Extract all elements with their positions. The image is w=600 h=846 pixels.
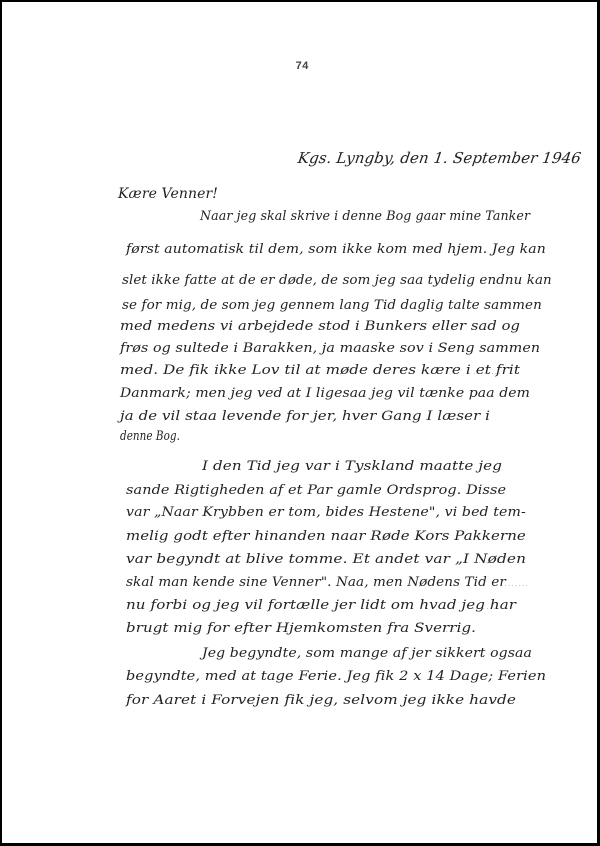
letter-line: I den Tid jeg var i Tyskland maatte jeg (202, 460, 464, 473)
letter-line: med medens vi arbejdede stod i Bunkers e… (120, 320, 480, 333)
letter-line: brugt mig for efter Hjemkomsten fra Sver… (126, 622, 467, 635)
letter-line: for Aaret i Forvejen fik jeg, selvom jeg… (126, 694, 496, 707)
letter-line: skal man kende sine Venner". Naa, men Nø… (126, 576, 529, 589)
letter-line: Naar jeg skal skrive i denne Bog gaar mi… (200, 210, 545, 223)
letter-line: ja de vil staa levende for jer, hver Gan… (120, 410, 447, 423)
document-page: 74 Kgs. Lyngby, den 1. September 1946 Kæ… (0, 0, 600, 846)
letter-line: Danmark; men jeg ved at I ligesaa jeg vi… (120, 387, 507, 400)
letter-line: nu forbi og jeg vil fortælle jer lidt om… (126, 599, 500, 612)
letter-dateline: Kgs. Lyngby, den 1. September 1946 (297, 149, 582, 167)
page-number: 74 (2, 61, 600, 73)
letter-line: se for mig, de som jeg gennem lang Tid d… (122, 299, 533, 312)
letter-line: Jeg begyndte, som mange af jer sikkert o… (202, 647, 512, 660)
letter-salutation: Kære Venner! (118, 186, 218, 202)
letter-line: melig godt efter hinanden naar Røde Kors… (126, 530, 480, 543)
letter-line: denne Bog. (120, 430, 197, 443)
letter-line: frøs og sultede i Barakken, ja maaske so… (120, 342, 510, 355)
letter-line: først automatisk til dem, som ikke kom m… (126, 243, 521, 256)
letter-line: var begyndt at blive tomme. Et andet var… (126, 553, 503, 566)
letter-line: med. De fik ikke Lov til at møde deres k… (120, 364, 502, 377)
letter-line: slet ikke fatte at de er døde, de som je… (122, 274, 545, 287)
letter-line: sande Rigtigheden af et Par gamle Ordspr… (126, 484, 506, 497)
letter-line: var „Naar Krybben er tom, bides Hestene"… (126, 506, 500, 519)
letter-line: begyndte, med at tage Ferie. Jeg fik 2 x… (126, 670, 508, 683)
